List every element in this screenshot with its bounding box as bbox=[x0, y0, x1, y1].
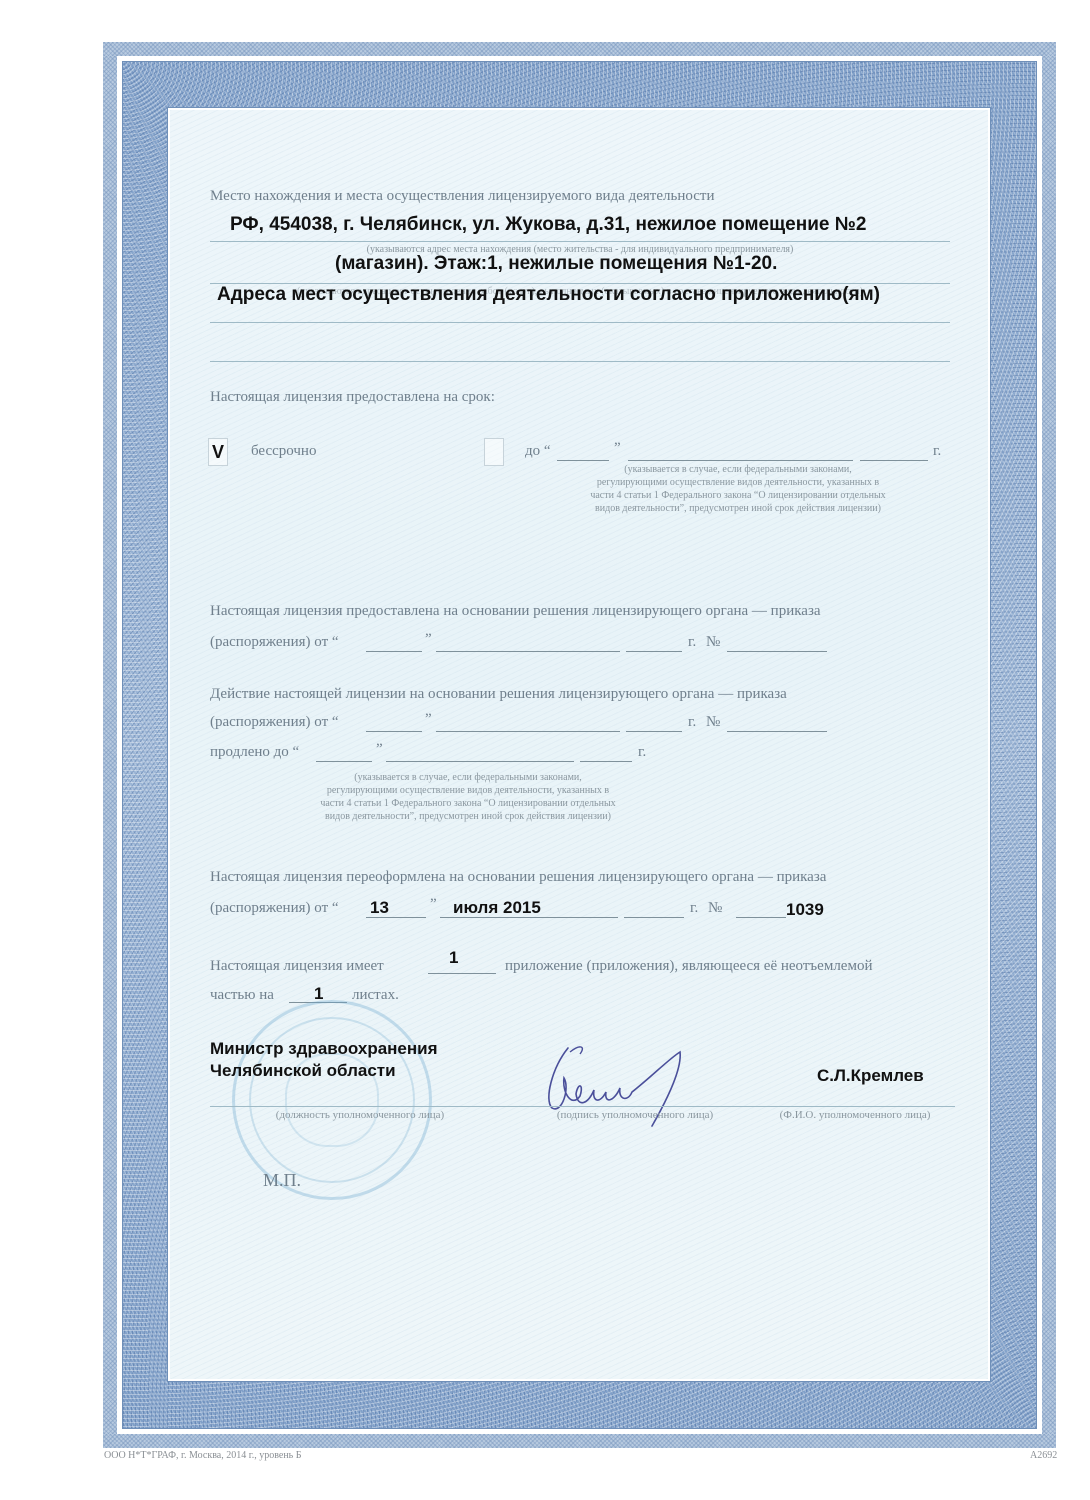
granted-line-2-prefix: (распоряжения) от “ bbox=[210, 634, 339, 651]
extended-until-year-field[interactable] bbox=[580, 761, 632, 762]
until-month-field[interactable] bbox=[628, 460, 853, 461]
until-quote-close: ” bbox=[614, 440, 621, 457]
extended-until-day-field[interactable] bbox=[316, 761, 372, 762]
extended-quote-close: ” bbox=[425, 711, 432, 728]
position-caption: (должность уполномоченного лица) bbox=[260, 1109, 460, 1122]
appendix-line-2-prefix: частью на bbox=[210, 987, 274, 1004]
reissued-number-sign: № bbox=[708, 900, 722, 917]
term-heading: Настоящая лицензия предоставлена на срок… bbox=[210, 389, 495, 406]
extended-number-field[interactable] bbox=[727, 731, 827, 732]
reissued-year-field bbox=[624, 917, 684, 918]
reissued-line-2-prefix: (распоряжения) от “ bbox=[210, 900, 339, 917]
signatory-position-line-2: Челябинской области bbox=[210, 1061, 396, 1081]
granted-quote-close: ” bbox=[425, 631, 432, 648]
form-serial-number: А2692 bbox=[1030, 1450, 1057, 1461]
reissued-year-label: г. bbox=[690, 900, 698, 917]
location-heading: Место нахождения и места осуществления л… bbox=[210, 188, 714, 205]
granted-line-1: Настоящая лицензия предоставлена на осно… bbox=[210, 603, 821, 620]
indefinite-checkbox[interactable]: V bbox=[208, 438, 228, 466]
seal-place-label: М.П. bbox=[263, 1170, 301, 1191]
until-date-checkbox[interactable] bbox=[484, 438, 504, 466]
address-line-2: (магазин). Этаж:1, нежилые помещения №1-… bbox=[335, 253, 777, 275]
granted-number-sign: № bbox=[706, 634, 720, 651]
extended-line-1: Действие настоящей лицензии на основании… bbox=[210, 686, 787, 703]
appendix-prefix: Настоящая лицензия имеет bbox=[210, 958, 384, 975]
extended-year-label: г. bbox=[688, 714, 696, 731]
granted-day-field[interactable] bbox=[366, 651, 422, 652]
extended-until-month-field[interactable] bbox=[386, 761, 574, 762]
address-line-3: Адреса мест осуществления деятельности с… bbox=[217, 284, 880, 306]
until-caption: (указывается в случае, если федеральными… bbox=[588, 463, 888, 515]
reissued-day: 13 bbox=[370, 898, 389, 918]
until-day-field[interactable] bbox=[557, 460, 609, 461]
appendix-middle: приложение (приложения), являющееся её н… bbox=[505, 958, 873, 975]
address-underline-3 bbox=[210, 322, 950, 323]
appendix-count: 1 bbox=[449, 948, 458, 968]
signature-caption: (подпись уполномоченного лица) bbox=[540, 1109, 730, 1122]
granted-year-label: г. bbox=[688, 634, 696, 651]
address-underline-4 bbox=[210, 361, 950, 362]
extended-month-field[interactable] bbox=[436, 731, 620, 732]
reissued-line-1: Настоящая лицензия переоформлена на осно… bbox=[210, 869, 826, 886]
granted-month-field[interactable] bbox=[436, 651, 620, 652]
reissued-quote-close: ” bbox=[430, 896, 437, 913]
signatory-position-line-1: Министр здравоохранения bbox=[210, 1039, 438, 1059]
address-underline-1 bbox=[210, 241, 950, 242]
reissued-day-field bbox=[366, 917, 426, 918]
signature-underline bbox=[210, 1106, 955, 1107]
reissued-month-year: июля 2015 bbox=[453, 898, 541, 918]
extended-number-sign: № bbox=[706, 714, 720, 731]
address-line-1: РФ, 454038, г. Челябинск, ул. Жукова, д.… bbox=[230, 214, 866, 236]
appendix-line-2-suffix: листах. bbox=[352, 987, 399, 1004]
official-seal-stamp bbox=[232, 1000, 432, 1200]
printer-imprint: ООО Н*Т*ГРАФ, г. Москва, 2014 г., уровен… bbox=[104, 1450, 301, 1461]
reissued-number-field bbox=[736, 917, 786, 918]
until-year-field[interactable] bbox=[860, 460, 928, 461]
name-caption: (Ф.И.О. уполномоченного лица) bbox=[760, 1109, 950, 1122]
extended-line-2-prefix: (распоряжения) от “ bbox=[210, 714, 339, 731]
extended-until-prefix: продлено до “ bbox=[210, 744, 299, 761]
granted-year-field[interactable] bbox=[626, 651, 682, 652]
until-label: до “ bbox=[525, 443, 551, 460]
extended-until-quote-close: ” bbox=[376, 741, 383, 758]
extended-day-field[interactable] bbox=[366, 731, 422, 732]
until-year-suffix: г. bbox=[933, 443, 941, 460]
extended-year-field[interactable] bbox=[626, 731, 682, 732]
signatory-name: С.Л.Кремлев bbox=[817, 1066, 924, 1086]
reissued-number: 1039 bbox=[786, 900, 824, 920]
granted-number-field[interactable] bbox=[727, 651, 827, 652]
appendix-count-field bbox=[428, 973, 496, 974]
reissued-month-field bbox=[440, 917, 618, 918]
extended-until-year-label: г. bbox=[638, 744, 646, 761]
indefinite-label: бессрочно bbox=[251, 443, 316, 460]
extended-caption: (указывается в случае, если федеральными… bbox=[318, 771, 618, 823]
